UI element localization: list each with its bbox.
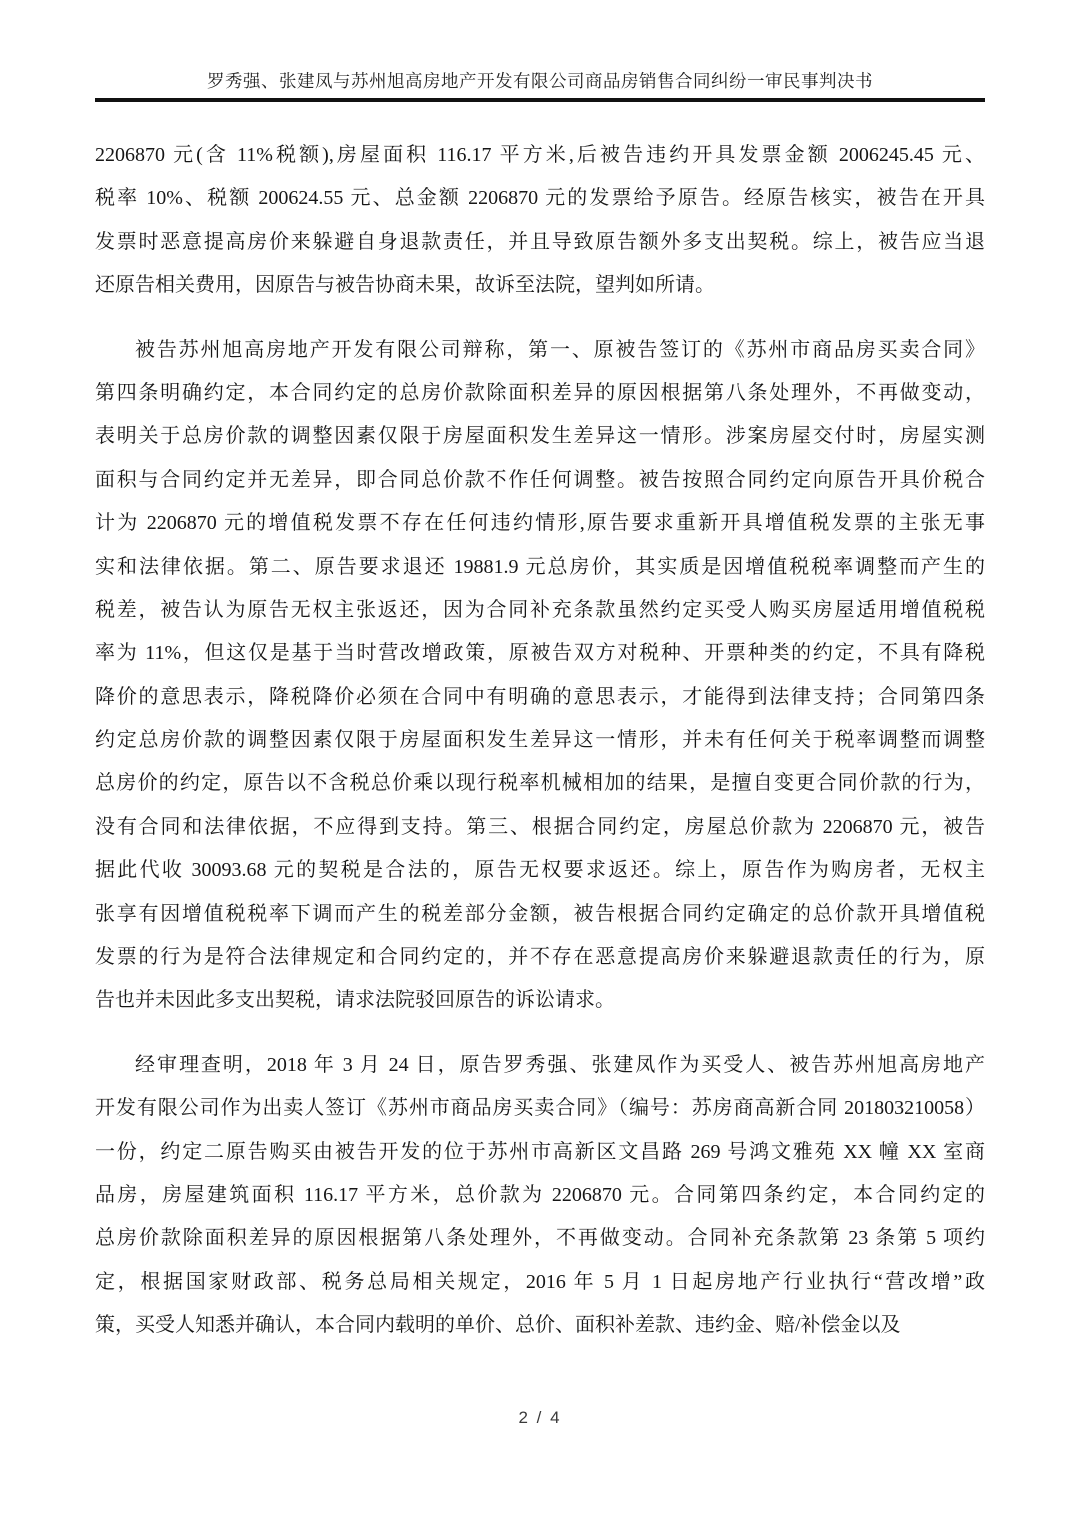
text-line: 面积与合同约定并无差异，即合同总价款不作任何调整。被告按照合同约定向原告开具价税… xyxy=(95,459,985,502)
text-line: 约定总房价款的调整因素仅限于房屋面积发生差异这一情形，并未有任何关于税率调整而调… xyxy=(95,719,985,762)
text-line: 定，根据国家财政部、税务总局相关规定，2016 年 5 月 1 日起房地产行业执… xyxy=(95,1261,985,1304)
text-line: 开发有限公司作为出卖人签订《苏州市商品房买卖合同》（编号：苏房商高新合同 201… xyxy=(95,1087,985,1130)
text-line: 第四条明确约定，本合同约定的总房价款除面积差异的原因根据第八条处理外，不再做变动… xyxy=(95,372,985,415)
text-line: 被告苏州旭高房地产开发有限公司辩称，第一、原被告签订的《苏州市商品房买卖合同》 xyxy=(95,329,985,372)
header-divider xyxy=(95,98,985,102)
text-line: 没有合同和法律依据，不应得到支持。第三、根据合同约定，房屋总价款为 220687… xyxy=(95,806,985,849)
text-line: 发票时恶意提高房价来躲避自身退款责任，并且导致原告额外多支出契税。综上，被告应当… xyxy=(95,221,985,264)
text-line: 总房价的约定，原告以不含税总价乘以现行税率机械相加的结果，是擅自变更合同价款的行… xyxy=(95,762,985,805)
text-line: 总房价款除面积差异的原因根据第八条处理外，不再做变动。合同补充条款第 23 条第… xyxy=(95,1217,985,1260)
document-title: 罗秀强、张建凤与苏州旭高房地产开发有限公司商品房销售合同纠纷一审民事判决书 xyxy=(95,68,985,93)
page-number: 2 / 4 xyxy=(0,1408,1080,1428)
text-line: 一份，约定二原告购买由被告开发的位于苏州市高新区文昌路 269 号鸿文雅苑 XX… xyxy=(95,1131,985,1174)
text-line: 策，买受人知悉并确认，本合同内载明的单价、总价、面积补差款、违约金、赔/补偿金以… xyxy=(95,1304,985,1347)
text-line: 税差，被告认为原告无权主张返还，因为合同补充条款虽然约定买受人购买房屋适用增值税… xyxy=(95,589,985,632)
document-body: 2206870 元(含 11%税额),房屋面积 116.17 平方米,后被告违约… xyxy=(95,134,985,1348)
text-line: 表明关于总房价款的调整因素仅限于房屋面积发生差异这一情形。涉案房屋交付时，房屋实… xyxy=(95,415,985,458)
text-line: 发票的行为是符合法律规定和合同约定的，并不存在恶意提高房价来躲避退款责任的行为，… xyxy=(95,936,985,979)
paragraph: 被告苏州旭高房地产开发有限公司辩称，第一、原被告签订的《苏州市商品房买卖合同》第… xyxy=(95,329,985,1023)
text-line: 2206870 元(含 11%税额),房屋面积 116.17 平方米,后被告违约… xyxy=(95,134,985,177)
text-line: 实和法律依据。第二、原告要求退还 19881.9 元总房价，其实质是因增值税税率… xyxy=(95,546,985,589)
text-line: 还原告相关费用，因原告与被告协商未果，故诉至法院，望判如所请。 xyxy=(95,264,985,307)
text-line: 率为 11%，但这仅是基于当时营改增政策，原被告双方对税种、开票种类的约定，不具… xyxy=(95,632,985,675)
text-line: 据此代收 30093.68 元的契税是合法的，原告无权要求返还。综上，原告作为购… xyxy=(95,849,985,892)
paragraph: 经审理查明，2018 年 3 月 24 日，原告罗秀强、张建凤作为买受人、被告苏… xyxy=(95,1044,985,1348)
paragraph: 2206870 元(含 11%税额),房屋面积 116.17 平方米,后被告违约… xyxy=(95,134,985,308)
text-line: 税率 10%、税额 200624.55 元、总金额 2206870 元的发票给予… xyxy=(95,177,985,220)
text-line: 品房，房屋建筑面积 116.17 平方米，总价款为 2206870 元。合同第四… xyxy=(95,1174,985,1217)
text-line: 经审理查明，2018 年 3 月 24 日，原告罗秀强、张建凤作为买受人、被告苏… xyxy=(95,1044,985,1087)
text-line: 降价的意思表示，降税降价必须在合同中有明确的意思表示，才能得到法律支持；合同第四… xyxy=(95,676,985,719)
text-line: 计为 2206870 元的增值税发票不存在任何违约情形,原告要求重新开具增值税发… xyxy=(95,502,985,545)
text-line: 告也并未因此多支出契税，请求法院驳回原告的诉讼请求。 xyxy=(95,979,985,1022)
text-line: 张享有因增值税税率下调而产生的税差部分金额，被告根据合同约定确定的总价款开具增值… xyxy=(95,893,985,936)
judgment-document-page: 罗秀强、张建凤与苏州旭高房地产开发有限公司商品房销售合同纠纷一审民事判决书 22… xyxy=(0,0,1080,1529)
